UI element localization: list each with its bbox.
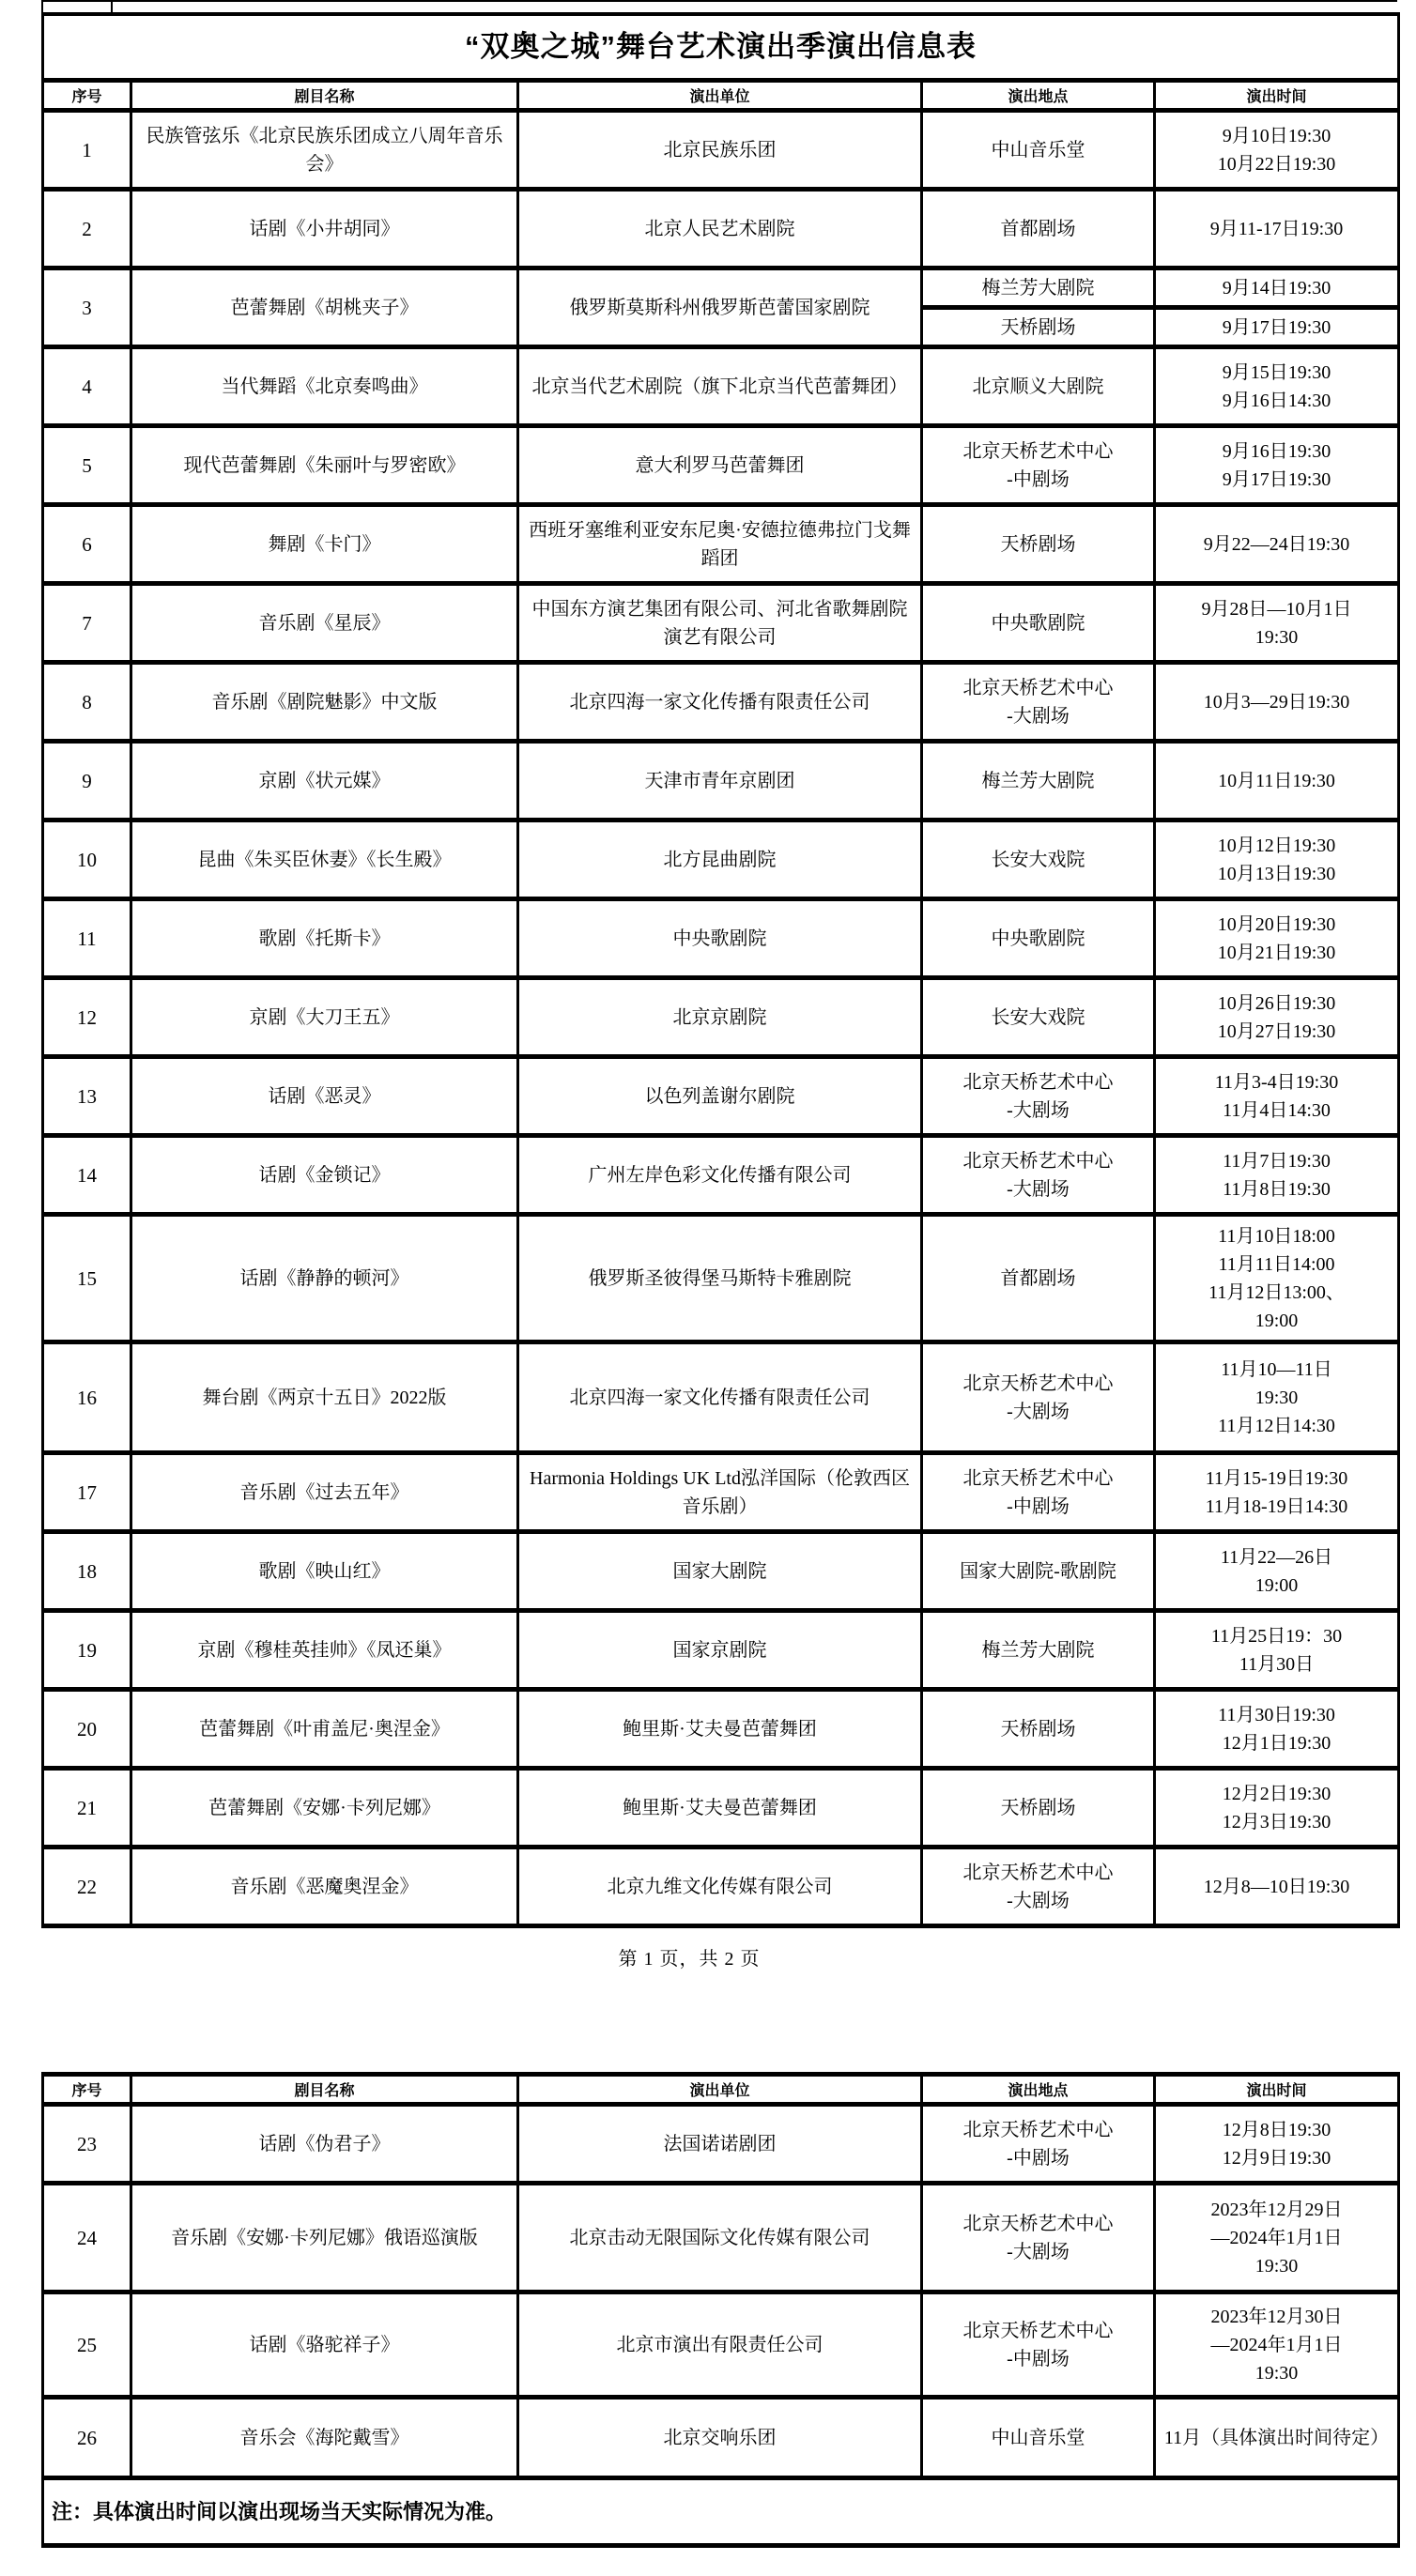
col-header-no: 序号 xyxy=(43,2075,131,2105)
cell-no: 13 xyxy=(43,1057,131,1136)
cell-no: 1 xyxy=(43,111,131,190)
table-row: 4 当代舞蹈《北京奏鸣曲》 北京当代艺术剧院（旗下北京当代芭蕾舞团） 北京顺义大… xyxy=(43,347,1399,426)
cell-name: 音乐剧《恶魔奥涅金》 xyxy=(131,1848,518,1926)
cell-venue: 天桥剧场 xyxy=(922,308,1155,347)
cell-no: 22 xyxy=(43,1848,131,1926)
cell-no: 23 xyxy=(43,2105,131,2184)
note-row: 注：具体演出时间以演出现场当天实际情况为准。 xyxy=(43,2478,1399,2546)
cell-venue: 天桥剧场 xyxy=(922,1690,1155,1769)
col-header-time: 演出时间 xyxy=(1155,2075,1399,2105)
cell-name: 芭蕾舞剧《胡桃夹子》 xyxy=(131,268,518,347)
cell-unit: 国家京剧院 xyxy=(518,1611,922,1690)
table-row: 18 歌剧《映山红》 国家大剧院 国家大剧院-歌剧院 11月22—26日 19:… xyxy=(43,1532,1399,1611)
cell-name: 现代芭蕾舞剧《朱丽叶与罗密欧》 xyxy=(131,426,518,505)
table-row: 7 音乐剧《星辰》 中国东方演艺集团有限公司、河北省歌舞剧院演艺有限公司 中央歌… xyxy=(43,584,1399,663)
table-row: 13 话剧《恶灵》 以色列盖谢尔剧院 北京天桥艺术中心 -大剧场 11月3-4日… xyxy=(43,1057,1399,1136)
col-header-unit: 演出单位 xyxy=(518,81,922,111)
cell-no: 7 xyxy=(43,584,131,663)
cell-time: 10月12日19:30 10月13日19:30 xyxy=(1155,820,1399,899)
table-row: 19 京剧《穆桂英挂帅》《凤还巢》 国家京剧院 梅兰芳大剧院 11月25日19：… xyxy=(43,1611,1399,1690)
cell-time: 10月20日19:30 10月21日19:30 xyxy=(1155,899,1399,978)
cell-name: 舞台剧《两京十五日》2022版 xyxy=(131,1342,518,1453)
col-header-time: 演出时间 xyxy=(1155,81,1399,111)
cell-time: 11月10日18:00 11月11日14:00 11月12日13:00、 19:… xyxy=(1155,1215,1399,1342)
cell-time: 9月10日19:30 10月22日19:30 xyxy=(1155,111,1399,190)
cell-time: 11月7日19:30 11月8日19:30 xyxy=(1155,1136,1399,1215)
cell-unit: 意大利罗马芭蕾舞团 xyxy=(518,426,922,505)
schedule-table-page1: “双奥之城”舞台艺术演出季演出信息表 序号 剧目名称 演出单位 演出地点 演出时… xyxy=(41,12,1400,1928)
cell-name: 话剧《静静的顿河》 xyxy=(131,1215,518,1342)
cell-unit: 天津市青年京剧团 xyxy=(518,742,922,820)
artifact-left-stub xyxy=(41,2,43,12)
table-row: 22 音乐剧《恶魔奥涅金》 北京九维文化传媒有限公司 北京天桥艺术中心 -大剧场… xyxy=(43,1848,1399,1926)
cell-name: 音乐剧《星辰》 xyxy=(131,584,518,663)
table-row: 6 舞剧《卡门》 西班牙塞维利亚安东尼奥·安德拉德弗拉门戈舞蹈团 天桥剧场 9月… xyxy=(43,505,1399,584)
table-row: 20 芭蕾舞剧《叶甫盖尼·奥涅金》 鲍里斯·艾夫曼芭蕾舞团 天桥剧场 11月30… xyxy=(43,1690,1399,1769)
cell-name: 当代舞蹈《北京奏鸣曲》 xyxy=(131,347,518,426)
table-title-row: “双奥之城”舞台艺术演出季演出信息表 xyxy=(43,14,1399,81)
cell-time: 9月28日—10月1日 19:30 xyxy=(1155,584,1399,663)
cell-no: 14 xyxy=(43,1136,131,1215)
cell-time: 11月30日19:30 12月1日19:30 xyxy=(1155,1690,1399,1769)
cell-unit: 以色列盖谢尔剧院 xyxy=(518,1057,922,1136)
cell-no: 19 xyxy=(43,1611,131,1690)
cutoff-row-artifact xyxy=(41,0,1397,12)
table-row: 25 话剧《骆驼祥子》 北京市演出有限责任公司 北京天桥艺术中心 -中剧场 20… xyxy=(43,2292,1399,2398)
cell-time: 2023年12月30日 —2024年1月1日 19:30 xyxy=(1155,2292,1399,2398)
cell-unit: 北京民族乐团 xyxy=(518,111,922,190)
cell-venue: 北京天桥艺术中心 -大剧场 xyxy=(922,1136,1155,1215)
cell-unit: Harmonia Holdings UK Ltd泓洋国际（伦敦西区音乐剧） xyxy=(518,1453,922,1532)
table-row: 26 音乐会《海陀戴雪》 北京交响乐团 中山音乐堂 11月（具体演出时间待定） xyxy=(43,2398,1399,2478)
table-row: 24 音乐剧《安娜·卡列尼娜》俄语巡演版 北京击动无限国际文化传媒有限公司 北京… xyxy=(43,2184,1399,2292)
cell-time: 11月10—11日 19:30 11月12日14:30 xyxy=(1155,1342,1399,1453)
cell-venue: 北京顺义大剧院 xyxy=(922,347,1155,426)
artifact-right-stub xyxy=(111,2,113,12)
cell-unit: 俄罗斯莫斯科州俄罗斯芭蕾国家剧院 xyxy=(518,268,922,347)
cell-name: 歌剧《托斯卡》 xyxy=(131,899,518,978)
cell-no: 6 xyxy=(43,505,131,584)
cell-time: 9月16日19:30 9月17日19:30 xyxy=(1155,426,1399,505)
cell-name: 音乐剧《安娜·卡列尼娜》俄语巡演版 xyxy=(131,2184,518,2292)
cell-no: 2 xyxy=(43,190,131,268)
cell-venue: 北京天桥艺术中心 -中剧场 xyxy=(922,1453,1155,1532)
cell-no: 24 xyxy=(43,2184,131,2292)
cell-venue: 北京天桥艺术中心 -大剧场 xyxy=(922,1057,1155,1136)
cell-time: 11月（具体演出时间待定） xyxy=(1155,2398,1399,2478)
cell-no: 15 xyxy=(43,1215,131,1342)
cell-name: 歌剧《映山红》 xyxy=(131,1532,518,1611)
col-header-name: 剧目名称 xyxy=(131,2075,518,2105)
table-title: “双奥之城”舞台艺术演出季演出信息表 xyxy=(43,14,1399,81)
cell-unit: 俄罗斯圣彼得堡马斯特卡雅剧院 xyxy=(518,1215,922,1342)
cell-venue: 中山音乐堂 xyxy=(922,111,1155,190)
cell-time: 10月26日19:30 10月27日19:30 xyxy=(1155,978,1399,1057)
cell-no: 9 xyxy=(43,742,131,820)
cell-name: 民族管弦乐《北京民族乐团成立八周年音乐会》 xyxy=(131,111,518,190)
cell-no: 26 xyxy=(43,2398,131,2478)
cell-time: 12月8日19:30 12月9日19:30 xyxy=(1155,2105,1399,2184)
table-row: 14 话剧《金锁记》 广州左岸色彩文化传播有限公司 北京天桥艺术中心 -大剧场 … xyxy=(43,1136,1399,1215)
cell-no: 8 xyxy=(43,663,131,742)
table-row: 16 舞台剧《两京十五日》2022版 北京四海一家文化传播有限责任公司 北京天桥… xyxy=(43,1342,1399,1453)
cell-name: 京剧《大刀王五》 xyxy=(131,978,518,1057)
cell-no: 18 xyxy=(43,1532,131,1611)
cell-name: 话剧《骆驼祥子》 xyxy=(131,2292,518,2398)
cell-unit: 中央歌剧院 xyxy=(518,899,922,978)
cell-venue: 北京天桥艺术中心 -大剧场 xyxy=(922,663,1155,742)
table-note: 注：具体演出时间以演出现场当天实际情况为准。 xyxy=(43,2478,1399,2546)
cell-no: 12 xyxy=(43,978,131,1057)
document-page: “双奥之城”舞台艺术演出季演出信息表 序号 剧目名称 演出单位 演出地点 演出时… xyxy=(0,0,1416,2576)
cell-unit: 北京交响乐团 xyxy=(518,2398,922,2478)
cell-time: 12月8—10日19:30 xyxy=(1155,1848,1399,1926)
cell-time: 9月14日19:30 xyxy=(1155,268,1399,308)
col-header-venue: 演出地点 xyxy=(922,81,1155,111)
cell-unit: 北方昆曲剧院 xyxy=(518,820,922,899)
cell-unit: 国家大剧院 xyxy=(518,1532,922,1611)
cell-time: 11月22—26日 19:00 xyxy=(1155,1532,1399,1611)
cell-time: 9月17日19:30 xyxy=(1155,308,1399,347)
cell-unit: 北京九维文化传媒有限公司 xyxy=(518,1848,922,1926)
table-row-split-top: 3 芭蕾舞剧《胡桃夹子》 俄罗斯莫斯科州俄罗斯芭蕾国家剧院 梅兰芳大剧院 9月1… xyxy=(43,268,1399,308)
cell-name: 昆曲《朱买臣休妻》《长生殿》 xyxy=(131,820,518,899)
cell-no: 11 xyxy=(43,899,131,978)
cell-name: 音乐会《海陀戴雪》 xyxy=(131,2398,518,2478)
cell-no: 4 xyxy=(43,347,131,426)
cell-venue: 国家大剧院-歌剧院 xyxy=(922,1532,1155,1611)
cell-time: 10月11日19:30 xyxy=(1155,742,1399,820)
cell-name: 音乐剧《过去五年》 xyxy=(131,1453,518,1532)
cell-name: 芭蕾舞剧《安娜·卡列尼娜》 xyxy=(131,1769,518,1848)
cell-no: 21 xyxy=(43,1769,131,1848)
cell-unit: 北京市演出有限责任公司 xyxy=(518,2292,922,2398)
cell-unit: 鲍里斯·艾夫曼芭蕾舞团 xyxy=(518,1690,922,1769)
cell-venue: 梅兰芳大剧院 xyxy=(922,742,1155,820)
col-header-no: 序号 xyxy=(43,81,131,111)
cell-venue: 中山音乐堂 xyxy=(922,2398,1155,2478)
cell-unit: 中国东方演艺集团有限公司、河北省歌舞剧院演艺有限公司 xyxy=(518,584,922,663)
header-row: 序号 剧目名称 演出单位 演出地点 演出时间 xyxy=(43,2075,1399,2105)
cell-unit: 北京人民艺术剧院 xyxy=(518,190,922,268)
cell-venue: 天桥剧场 xyxy=(922,1769,1155,1848)
cell-name: 京剧《状元媒》 xyxy=(131,742,518,820)
table-row: 17 音乐剧《过去五年》 Harmonia Holdings UK Ltd泓洋国… xyxy=(43,1453,1399,1532)
cell-name: 芭蕾舞剧《叶甫盖尼·奥涅金》 xyxy=(131,1690,518,1769)
cell-venue: 北京天桥艺术中心 -大剧场 xyxy=(922,1848,1155,1926)
cell-venue: 北京天桥艺术中心 -大剧场 xyxy=(922,1342,1155,1453)
cell-no: 16 xyxy=(43,1342,131,1453)
cell-venue: 长安大戏院 xyxy=(922,820,1155,899)
cell-venue: 北京天桥艺术中心 -大剧场 xyxy=(922,2184,1155,2292)
cell-no: 5 xyxy=(43,426,131,505)
cell-time: 9月22—24日19:30 xyxy=(1155,505,1399,584)
cell-venue: 首都剧场 xyxy=(922,1215,1155,1342)
cell-name: 话剧《恶灵》 xyxy=(131,1057,518,1136)
col-header-name: 剧目名称 xyxy=(131,81,518,111)
cell-venue: 天桥剧场 xyxy=(922,505,1155,584)
cell-no: 17 xyxy=(43,1453,131,1532)
page-number-footer: 第 1 页，共 2 页 xyxy=(41,1943,1337,1970)
header-row: 序号 剧目名称 演出单位 演出地点 演出时间 xyxy=(43,81,1399,111)
cell-venue: 北京天桥艺术中心 -中剧场 xyxy=(922,2105,1155,2184)
cell-unit: 北京当代艺术剧院（旗下北京当代芭蕾舞团） xyxy=(518,347,922,426)
table-row: 2 话剧《小井胡同》 北京人民艺术剧院 首都剧场 9月11-17日19:30 xyxy=(43,190,1399,268)
schedule-table-page2: 序号 剧目名称 演出单位 演出地点 演出时间 23 话剧《伪君子》 法国诺诺剧团… xyxy=(41,2072,1400,2548)
cell-no: 3 xyxy=(43,268,131,347)
col-header-unit: 演出单位 xyxy=(518,2075,922,2105)
table-row: 10 昆曲《朱买臣休妻》《长生殿》 北方昆曲剧院 长安大戏院 10月12日19:… xyxy=(43,820,1399,899)
cell-venue: 中央歌剧院 xyxy=(922,899,1155,978)
col-header-venue: 演出地点 xyxy=(922,2075,1155,2105)
cell-time: 11月3-4日19:30 11月4日14:30 xyxy=(1155,1057,1399,1136)
cell-unit: 北京四海一家文化传播有限责任公司 xyxy=(518,1342,922,1453)
cell-name: 话剧《金锁记》 xyxy=(131,1136,518,1215)
cell-unit: 北京四海一家文化传播有限责任公司 xyxy=(518,663,922,742)
cell-name: 音乐剧《剧院魅影》中文版 xyxy=(131,663,518,742)
cell-time: 11月15-19日19:30 11月18-19日14:30 xyxy=(1155,1453,1399,1532)
cell-unit: 广州左岸色彩文化传播有限公司 xyxy=(518,1136,922,1215)
cell-time: 9月15日19:30 9月16日14:30 xyxy=(1155,347,1399,426)
cell-venue: 梅兰芳大剧院 xyxy=(922,1611,1155,1690)
cell-venue: 北京天桥艺术中心 -中剧场 xyxy=(922,2292,1155,2398)
table-row: 5 现代芭蕾舞剧《朱丽叶与罗密欧》 意大利罗马芭蕾舞团 北京天桥艺术中心 -中剧… xyxy=(43,426,1399,505)
table-row: 21 芭蕾舞剧《安娜·卡列尼娜》 鲍里斯·艾夫曼芭蕾舞团 天桥剧场 12月2日1… xyxy=(43,1769,1399,1848)
cell-time: 2023年12月29日 —2024年1月1日 19:30 xyxy=(1155,2184,1399,2292)
table-row: 12 京剧《大刀王五》 北京京剧院 长安大戏院 10月26日19:30 10月2… xyxy=(43,978,1399,1057)
cell-venue: 中央歌剧院 xyxy=(922,584,1155,663)
cell-time: 10月3—29日19:30 xyxy=(1155,663,1399,742)
table-row: 9 京剧《状元媒》 天津市青年京剧团 梅兰芳大剧院 10月11日19:30 xyxy=(43,742,1399,820)
cell-unit: 西班牙塞维利亚安东尼奥·安德拉德弗拉门戈舞蹈团 xyxy=(518,505,922,584)
cell-time: 12月2日19:30 12月3日19:30 xyxy=(1155,1769,1399,1848)
cell-unit: 鲍里斯·艾夫曼芭蕾舞团 xyxy=(518,1769,922,1848)
cell-no: 20 xyxy=(43,1690,131,1769)
table-row: 15 话剧《静静的顿河》 俄罗斯圣彼得堡马斯特卡雅剧院 首都剧场 11月10日1… xyxy=(43,1215,1399,1342)
cell-name: 舞剧《卡门》 xyxy=(131,505,518,584)
table-row: 11 歌剧《托斯卡》 中央歌剧院 中央歌剧院 10月20日19:30 10月21… xyxy=(43,899,1399,978)
cell-name: 京剧《穆桂英挂帅》《凤还巢》 xyxy=(131,1611,518,1690)
cell-name: 话剧《伪君子》 xyxy=(131,2105,518,2184)
table-row: 23 话剧《伪君子》 法国诺诺剧团 北京天桥艺术中心 -中剧场 12月8日19:… xyxy=(43,2105,1399,2184)
cell-no: 25 xyxy=(43,2292,131,2398)
cell-unit: 北京击动无限国际文化传媒有限公司 xyxy=(518,2184,922,2292)
table-row: 1 民族管弦乐《北京民族乐团成立八周年音乐会》 北京民族乐团 中山音乐堂 9月1… xyxy=(43,111,1399,190)
table-row: 8 音乐剧《剧院魅影》中文版 北京四海一家文化传播有限责任公司 北京天桥艺术中心… xyxy=(43,663,1399,742)
cell-venue: 长安大戏院 xyxy=(922,978,1155,1057)
cell-time: 11月25日19：30 11月30日 xyxy=(1155,1611,1399,1690)
cell-no: 10 xyxy=(43,820,131,899)
cell-unit: 法国诺诺剧团 xyxy=(518,2105,922,2184)
cell-name: 话剧《小井胡同》 xyxy=(131,190,518,268)
cell-venue: 首都剧场 xyxy=(922,190,1155,268)
cell-time: 9月11-17日19:30 xyxy=(1155,190,1399,268)
cell-venue: 北京天桥艺术中心 -中剧场 xyxy=(922,426,1155,505)
cell-unit: 北京京剧院 xyxy=(518,978,922,1057)
cell-venue: 梅兰芳大剧院 xyxy=(922,268,1155,308)
